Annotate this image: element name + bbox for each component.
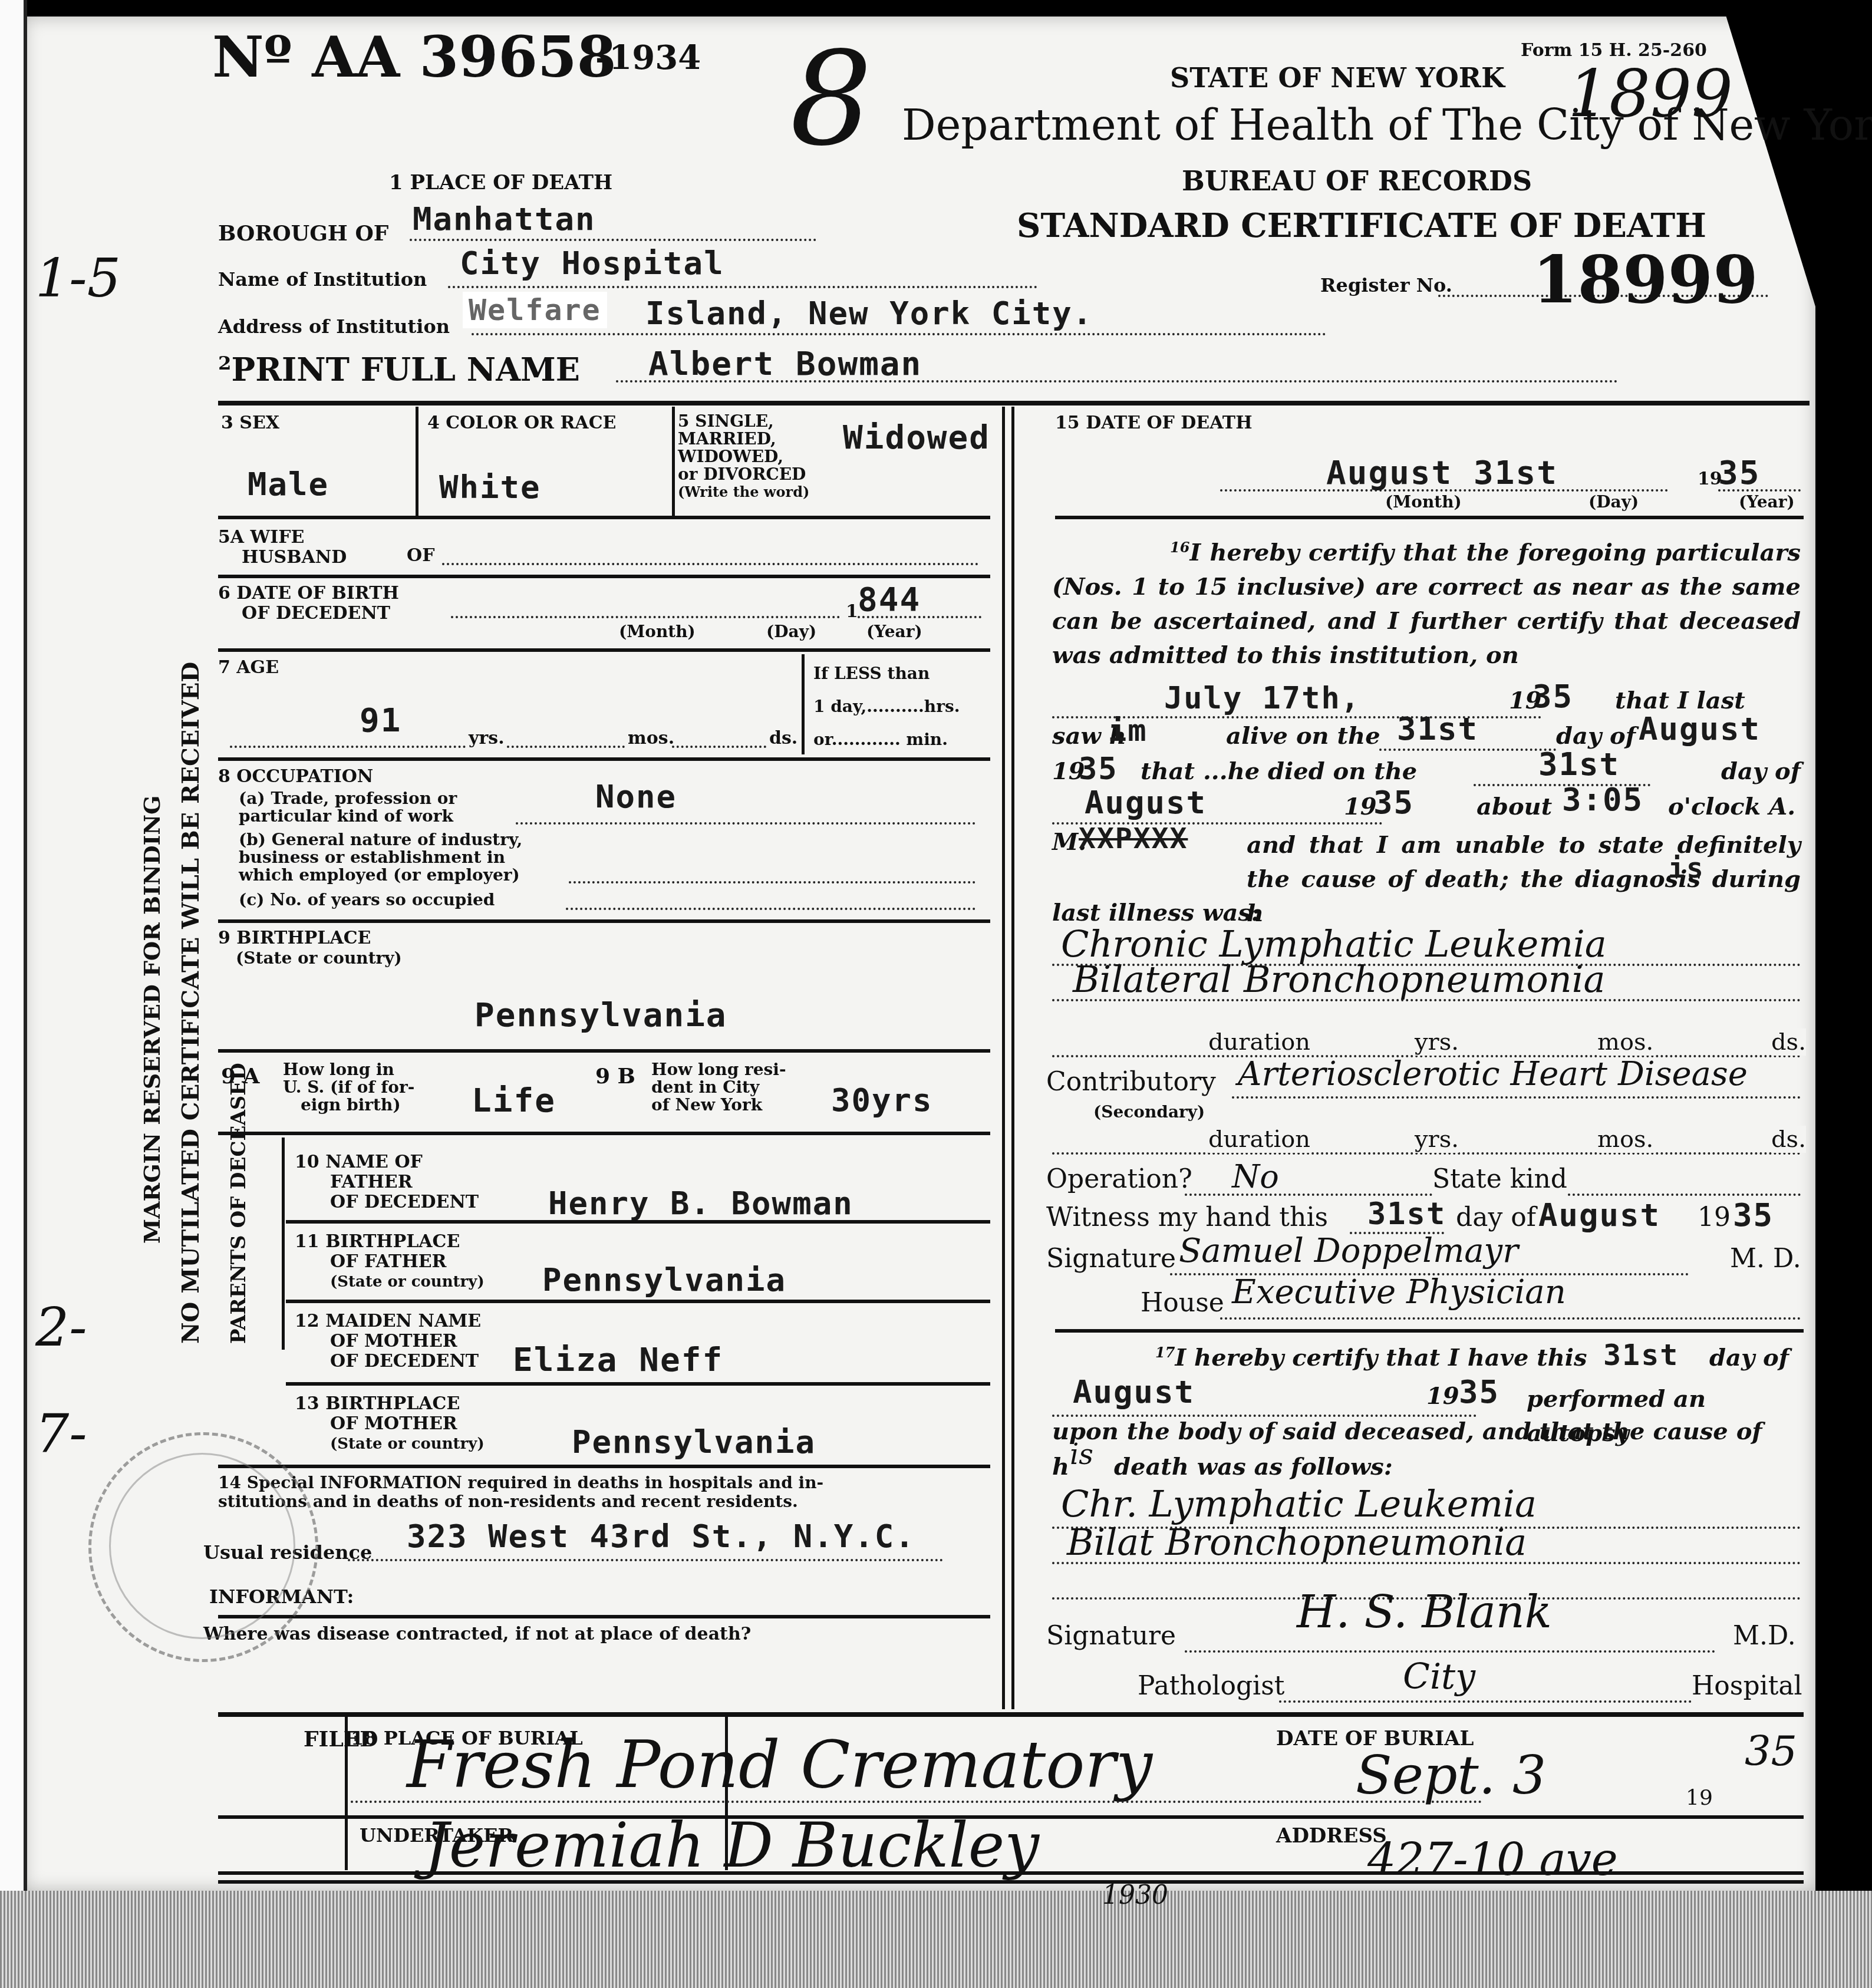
year-caption: (Year) [866,622,922,641]
admitted-year-value: 35 [1532,678,1573,715]
certificate-year: -1934 [595,38,701,77]
witness-label: Witness my hand this [1046,1202,1328,1232]
spouse-of-label: OF [407,545,434,566]
alive-year-value: 35 [1079,751,1118,787]
scan-edge-right [1815,0,1872,1988]
hospital-label: Hospital [1692,1671,1802,1701]
left-margin-strip [0,0,27,1988]
occupation-label: 8 OCCUPATION [218,766,373,787]
full-name-label: 2PRINT FULL NAME [218,351,580,388]
register-number: 18999 [1532,242,1758,318]
occupation-b-label: (b) General nature of industry, business… [239,831,522,884]
full-name-value: Albert Bowman [648,345,922,383]
usual-residence-value: 323 West 43rd St., N.Y.C. [407,1518,915,1555]
mother-birthplace-value: Pennsylvania [572,1423,816,1460]
residence-b-value: 30yrs [831,1082,933,1119]
undertaker-note: 1930 [1102,1880,1168,1910]
margin-mutilated-text: NO MUTILATED CERTIFICATE WILL BE RECEIVE… [177,662,205,1344]
borough-value: Manhattan [413,200,596,238]
certificate-title: STANDARD CERTIFICATE OF DEATH [1017,206,1706,245]
struck-pm-text: XXPXXX [1079,822,1188,855]
state-heading: STATE OF NEW YORK [1170,62,1505,94]
died-day-value: 31st [1538,746,1620,783]
died-month-value: August [1085,784,1207,821]
occupation-a-label: (a) Trade, profession or particular kind… [239,790,457,825]
his-value: is [1668,852,1705,885]
place-of-death-heading: 1 PLACE OF DEATH [389,171,612,194]
race-value: White [439,469,541,506]
operation-value: No [1232,1158,1279,1195]
sex-label: 3 SEX [221,413,279,433]
age-less-than-label: If LESS than 1 day,..........hrs. or....… [813,657,960,756]
birth-date-label: 6 DATE OF BIRTH OF DECEDENT [218,583,399,624]
age-years-value: 91 [360,701,401,740]
father-name-value: Henry B. Bowman [548,1185,853,1222]
residence-a-label: How long in U. S. (if of for- eign birth… [283,1061,414,1114]
alive-day-value: 31st [1397,710,1478,747]
full-name-label-text: PRINT FULL NAME [232,351,580,388]
operation-label: Operation? [1046,1164,1192,1194]
residence-a-value: Life [472,1082,556,1120]
signature-label: Signature [1046,1244,1176,1274]
address-pasted-label: Welfare [463,292,607,328]
register-label: Register No. [1320,274,1452,296]
address-value: Island, New York City. [645,295,1093,332]
witness-day-value: 31st [1367,1196,1446,1232]
pathologist-hospital-value: City [1403,1656,1475,1697]
witness-month-value: August [1538,1196,1660,1234]
time-of-death-value: 3:05 [1562,781,1643,818]
autopsy-cause-1-value: Chr. Lymphatic Leukemia [1061,1482,1537,1525]
death-month-day-value: August 31st [1326,454,1558,492]
certificate-number: Nº AA 39658 [212,24,617,90]
margin-note-1: 1-5 [35,248,121,309]
contributory-label: Contributory [1046,1067,1216,1097]
race-label: 4 COLOR OR RACE [427,413,616,433]
saw-pronoun-value: im [1108,713,1148,749]
unable-to-state-text: and that I am unable to state definitely… [1247,828,1801,931]
autopsy-year-value: 35 [1459,1373,1499,1410]
marital-value: Widowed [843,418,990,457]
number-prefix: Nº [212,24,292,90]
pathologist-signature-label: Signature [1046,1621,1176,1651]
institution-value: City Hospital [460,245,724,282]
father-birthplace-value: Pennsylvania [542,1261,786,1298]
death-day-caption: (Day) [1588,492,1639,512]
residence-b-label: How long resi- dent in City of New York [651,1061,786,1114]
scan-edge-bottom [0,1891,1872,1988]
died-year-value: 35 [1373,784,1414,821]
duration-label: duration [1208,1028,1310,1056]
secondary-caption: (Secondary) [1093,1102,1205,1122]
birth-year-prefix: 1 [846,601,858,622]
alive-month-value: August [1639,710,1761,747]
mother-name-label: 12 MAIDEN NAME OF MOTHER OF DECEDENT [295,1311,481,1372]
margin-note-2: 2- [35,1297,87,1359]
burial-year-value: 35 [1745,1727,1797,1775]
state-kind-label: State kind [1432,1164,1567,1194]
mother-birthplace-label: 13 BIRTHPLACE OF MOTHER (State or countr… [295,1394,485,1454]
bureau-heading: BUREAU OF RECORDS [1182,165,1532,197]
mother-name-value: Eliza Neff [513,1341,723,1379]
sex-value: Male [248,466,329,503]
department-heading: Department of Health of The City of New … [902,100,1872,150]
father-name-label: 10 NAME OF FATHER OF DECEDENT [295,1152,479,1212]
month-caption: (Month) [619,622,696,641]
house-value: Executive Physician [1232,1273,1566,1311]
witness-year-value: 35 [1733,1196,1774,1234]
death-year-value: 35 [1718,454,1760,492]
ds-caption: ds. [769,728,797,749]
certification-17-text: 17I hereby certify that I have this [1155,1344,1587,1372]
house-label: House [1141,1288,1224,1318]
death-date-label: 15 DATE OF DEATH [1055,413,1253,433]
death-month-caption: (Month) [1385,492,1462,512]
column-divider [1002,407,1005,1709]
birthplace-value: Pennsylvania [474,996,727,1034]
day-caption: (Day) [766,622,816,641]
institution-label: Name of Institution [218,268,427,291]
burial-place-value: Fresh Pond Crematory [407,1727,1152,1802]
birth-year-value: 844 [858,581,921,619]
autopsy-month-value: August [1073,1373,1195,1410]
address-label: Address of Institution [218,315,450,338]
spouse-label: 5A WIFE HUSBAND [218,528,347,568]
pathologist-signature: H. S. Blank [1297,1585,1552,1638]
residence-a-number: 9 A [221,1064,260,1089]
pathologist-md-suffix: M.D. [1733,1621,1796,1651]
undertaker-value: Jeremiah D Buckley [424,1809,1039,1881]
occupation-c-label: (c) No. of years so occupied [239,890,495,909]
birthplace-label: 9 BIRTHPLACE (State or country) [218,928,402,968]
mos-caption: mos. [628,728,674,749]
autopsy-day-value: 31st [1603,1338,1679,1372]
borough-label: BOROUGH OF [218,221,388,246]
md-suffix: M. D. [1730,1244,1801,1274]
marital-label: 5 SINGLE, MARRIED, WIDOWED, or DIVORCED … [678,413,809,501]
undertaker-address-value: 427-10 ave [1367,1833,1618,1885]
burial-date-value: Sept. 3 [1356,1745,1546,1806]
physician-signature: Samuel Doppelmayr [1179,1232,1518,1270]
certification-16-text: 16I hereby certify that the foregoing pa… [1052,530,1801,672]
margin-note-3: 7- [35,1403,87,1465]
yrs-caption: yrs. [469,728,505,749]
admitted-date-value: July 17th, [1164,681,1360,716]
handwritten-mark: 8 [790,24,872,174]
age-label: 7 AGE [218,657,279,678]
parents-section-label: PARENTS OF DECEASED [227,1063,251,1344]
contributory-value: Arteriosclerotic Heart Disease [1238,1055,1748,1093]
autopsy-cause-2-value: Bilat Bronchopneumonia [1067,1521,1527,1564]
autopsy-his-value: is [1070,1438,1093,1471]
margin-binding-text: MARGIN RESERVED FOR BINDING [139,795,165,1244]
field-number: 2 [218,352,232,374]
father-birthplace-label: 11 BIRTHPLACE OF FATHER (State or countr… [295,1232,485,1292]
residence-b-number: 9 B [595,1064,635,1089]
pathologist-label: Pathologist [1138,1671,1284,1701]
occupation-a-value: None [595,778,677,815]
death-year-caption: (Year) [1739,492,1795,512]
cause-2-value: Bilateral Bronchopneumonia [1073,958,1605,1001]
certificate-no-value: AA 39658 [312,24,616,90]
